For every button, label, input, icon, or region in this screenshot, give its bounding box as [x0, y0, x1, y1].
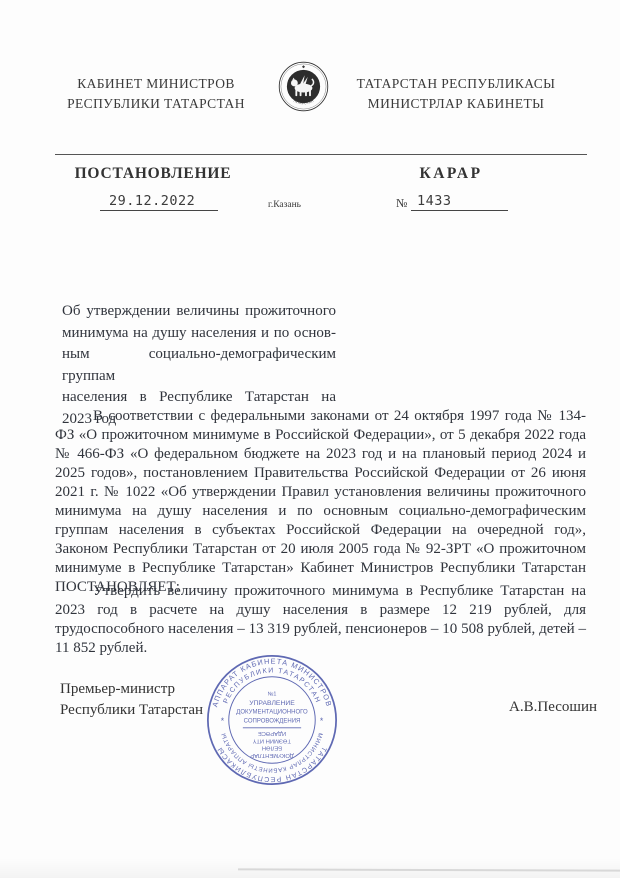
title-line: населения в Республике Татарстан на — [62, 387, 336, 409]
stamp-center-line2: ДОКУМЕНТАЦИОННОГО — [236, 710, 308, 716]
official-stamp: АППАРАТ КАБИНЕТА МИНИСТРОВ РЕСПУБЛИКИ ТА… — [204, 652, 340, 788]
document-number: 1433 — [417, 193, 452, 209]
stamp-star-right: * — [320, 716, 324, 726]
org-name-tatar: ТАТАРСТАН РЕСПУБЛИКАСЫ МИНИСТРЛАР КАБИНЕ… — [344, 74, 568, 114]
signer-position: Премьер-министр Республики Татарстан — [60, 679, 203, 720]
stamp-center-line3: СОПРОВОЖДЕНИЯ — [244, 718, 301, 724]
org-name-russian-line1: КАБИНЕТ МИНИСТРОВ — [48, 74, 264, 94]
document-date: 29.12.2022 — [109, 193, 195, 209]
doc-type-russian: ПОСТАНОВЛЕНИЕ — [55, 165, 251, 183]
stamp-tatar-line2: БЕЛӘН — [262, 745, 282, 751]
header-divider-rule — [55, 154, 587, 155]
number-sign: № — [396, 196, 407, 211]
body-paragraph-resolution: Утвердить величину прожиточного минимума… — [55, 582, 586, 658]
title-line: минимума на душу населения и по основ- — [62, 323, 336, 345]
document-place: г.Казань — [268, 200, 301, 210]
org-name-russian-line2: РЕСПУБЛИКИ ТАТАРСТАН — [48, 94, 264, 114]
signer-name: А.В.Песошин — [430, 699, 597, 716]
number-underline — [411, 210, 508, 211]
stamp-tatar-text-group: ДОКУМЕНТЛАР БЕЛӘН ТӘЭМИН ИТҮ ИДАРӘСЕ — [250, 730, 294, 758]
title-line: ным социально-демографическим группам — [62, 344, 336, 387]
date-underline — [100, 210, 218, 211]
org-name-tatar-line1: ТАТАРСТАН РЕСПУБЛИКАСЫ — [344, 74, 568, 94]
body-paragraph-preamble: В соответствии с федеральными законами о… — [55, 407, 586, 597]
doc-type-tatar: КАРАР — [388, 165, 514, 183]
signer-position-line2: Республики Татарстан — [60, 700, 203, 721]
org-name-tatar-line2: МИНИСТРЛАР КАБИНЕТЫ — [344, 94, 568, 114]
stamp-star-left: * — [221, 716, 225, 726]
tatarstan-emblem-svg: ТАТАРСТАН — [278, 61, 329, 112]
stamp-center-line1: УПРАВЛЕНИЕ — [249, 700, 295, 707]
signer-position-line1: Премьер-министр — [60, 679, 203, 700]
title-line: Об утверждении величины прожиточного — [62, 301, 336, 323]
tatarstan-emblem-icon: ТАТАРСТАН — [278, 61, 329, 112]
stamp-tatar-line1: ДОКУМЕНТЛАР — [250, 752, 294, 758]
stamp-tatar-line3: ТӘЭМИН ИТҮ — [252, 737, 291, 743]
official-stamp-svg: АППАРАТ КАБИНЕТА МИНИСТРОВ РЕСПУБЛИКИ ТА… — [204, 652, 340, 788]
org-name-russian: КАБИНЕТ МИНИСТРОВ РЕСПУБЛИКИ ТАТАРСТАН — [48, 74, 264, 114]
document-page: КАБИНЕТ МИНИСТРОВ РЕСПУБЛИКИ ТАТАРСТАН — [0, 0, 620, 878]
stamp-center-number: №1 — [268, 692, 277, 698]
stamp-tatar-line4: ИДАРӘСЕ — [258, 730, 286, 736]
